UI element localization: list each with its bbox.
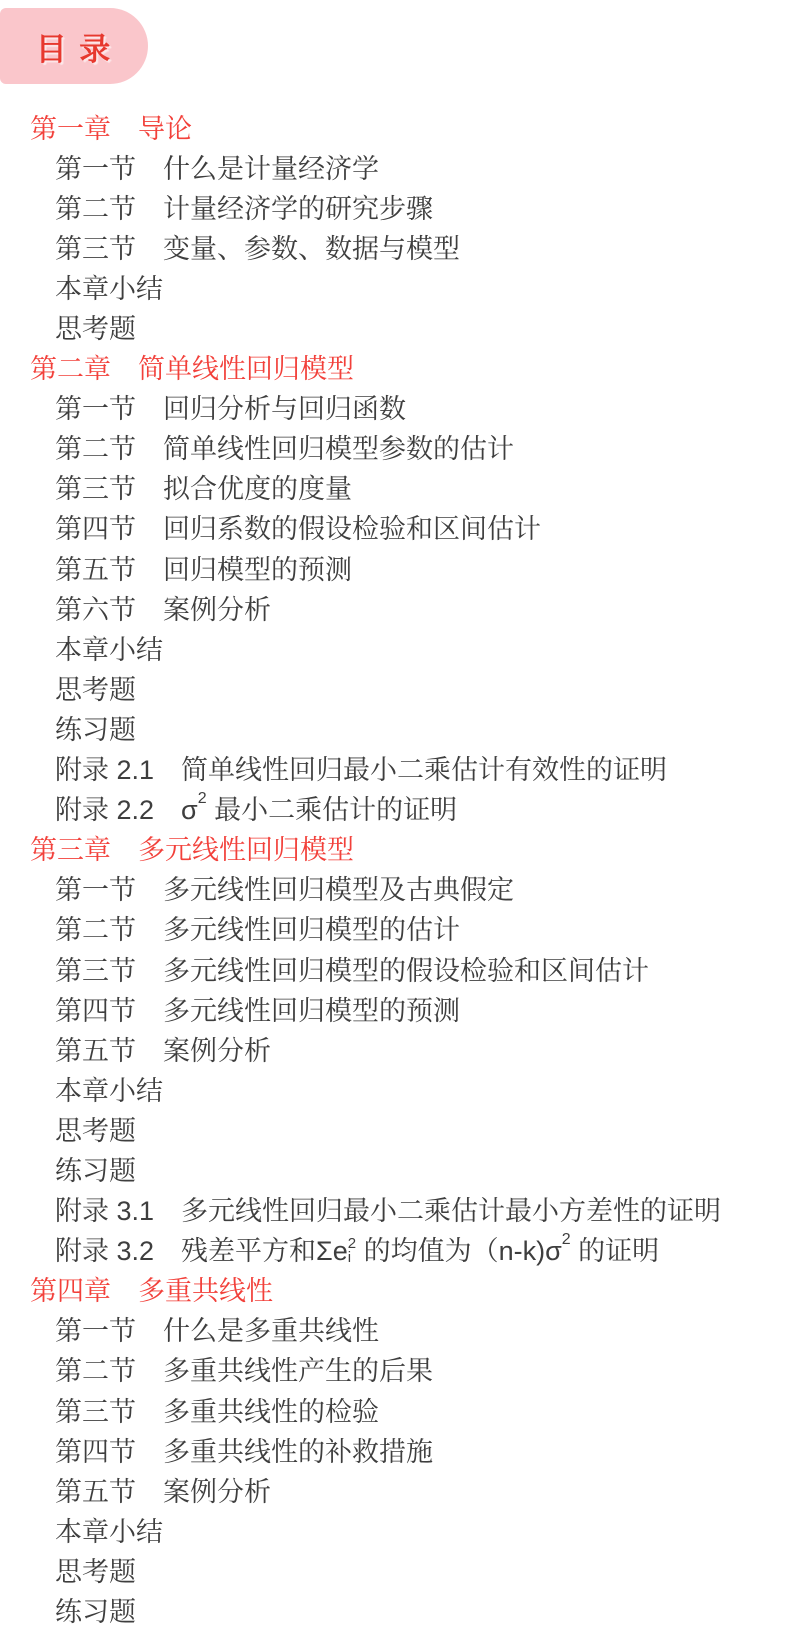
toc-row-section[interactable]: 第一节 多元线性回归模型及古典假定: [0, 868, 790, 908]
toc-row-section[interactable]: 第四节 多元线性回归模型的预测: [0, 988, 790, 1028]
toc-row-section[interactable]: 第五节 案例分析: [0, 1028, 790, 1068]
toc-row-section[interactable]: 第三节 多重共线性的检验: [0, 1389, 790, 1429]
toc-row-section[interactable]: 第二节 多重共线性产生的后果: [0, 1349, 790, 1389]
toc-row-plain[interactable]: 本章小结: [0, 1068, 790, 1108]
toc-row-section[interactable]: 第二节 计量经济学的研究步骤: [0, 186, 790, 226]
toc-row-appendix[interactable]: 附录 3.2 残差平方和Σe2i 的均值为（n-k)σ2 的证明: [0, 1229, 790, 1269]
toc-row-chapter[interactable]: 第一章 导论: [0, 106, 790, 146]
toc-row-section[interactable]: 第二节 简单线性回归模型参数的估计: [0, 427, 790, 467]
toc-row-section[interactable]: 第二节 多元线性回归模型的估计: [0, 908, 790, 948]
toc-row-section[interactable]: 第三节 拟合优度的度量: [0, 467, 790, 507]
toc-row-section[interactable]: 第一节 什么是计量经济学: [0, 146, 790, 186]
toc-row-plain[interactable]: 练习题: [0, 1148, 790, 1188]
superscript: 2: [562, 1232, 571, 1248]
toc-row-plain[interactable]: 本章小结: [0, 627, 790, 667]
text-run: 附录 2.2 σ: [55, 788, 198, 827]
toc-row-section[interactable]: 第四节 回归系数的假设检验和区间估计: [0, 507, 790, 547]
text-run: 附录 3.2 残差平方和Σe: [55, 1229, 348, 1268]
toc-row-section[interactable]: 第四节 多重共线性的补救措施: [0, 1429, 790, 1469]
toc-row-section[interactable]: 第五节 回归模型的预测: [0, 547, 790, 587]
toc-row-section[interactable]: 第六节 案例分析: [0, 587, 790, 627]
toc-title-badge: 目 录: [0, 8, 148, 84]
toc-row-section[interactable]: 第三节 多元线性回归模型的假设检验和区间估计: [0, 948, 790, 988]
toc-list: 第一章 导论第一节 什么是计量经济学第二节 计量经济学的研究步骤第三节 变量、参…: [0, 106, 790, 1630]
toc-row-plain[interactable]: 本章小结: [0, 266, 790, 306]
toc-page: 目 录 第一章 导论第一节 什么是计量经济学第二节 计量经济学的研究步骤第三节 …: [0, 0, 790, 1631]
sup-sub-script: 2i: [348, 1237, 356, 1265]
toc-row-plain[interactable]: 练习题: [0, 1589, 790, 1629]
toc-row-plain[interactable]: 思考题: [0, 306, 790, 346]
toc-row-section[interactable]: 第一节 回归分析与回归函数: [0, 387, 790, 427]
toc-title: 目 录: [36, 24, 113, 69]
text-run: 的均值为（n-k)σ: [356, 1229, 562, 1268]
text-run: 最小二乘估计的证明: [207, 788, 458, 827]
toc-row-plain[interactable]: 本章小结: [0, 1509, 790, 1549]
toc-row-plain[interactable]: 思考题: [0, 1108, 790, 1148]
toc-row-chapter[interactable]: 第二章 简单线性回归模型: [0, 347, 790, 387]
toc-row-section[interactable]: 第一节 什么是多重共线性: [0, 1309, 790, 1349]
toc-row-section[interactable]: 第三节 变量、参数、数据与模型: [0, 226, 790, 266]
text-run: 的证明: [571, 1229, 660, 1268]
toc-row-appendix[interactable]: 附录 3.1 多元线性回归最小二乘估计最小方差性的证明: [0, 1189, 790, 1229]
toc-row-chapter[interactable]: 第三章 多元线性回归模型: [0, 828, 790, 868]
toc-row-chapter[interactable]: 第四章 多重共线性: [0, 1269, 790, 1309]
toc-row-plain[interactable]: 思考题: [0, 667, 790, 707]
toc-row-appendix[interactable]: 附录 2.2 σ2 最小二乘估计的证明: [0, 788, 790, 828]
toc-row-appendix[interactable]: 附录 2.1 简单线性回归最小二乘估计有效性的证明: [0, 748, 790, 788]
toc-row-plain[interactable]: 思考题: [0, 1549, 790, 1589]
toc-row-plain[interactable]: 练习题: [0, 707, 790, 747]
superscript: 2: [198, 791, 207, 807]
toc-row-section[interactable]: 第五节 案例分析: [0, 1469, 790, 1509]
